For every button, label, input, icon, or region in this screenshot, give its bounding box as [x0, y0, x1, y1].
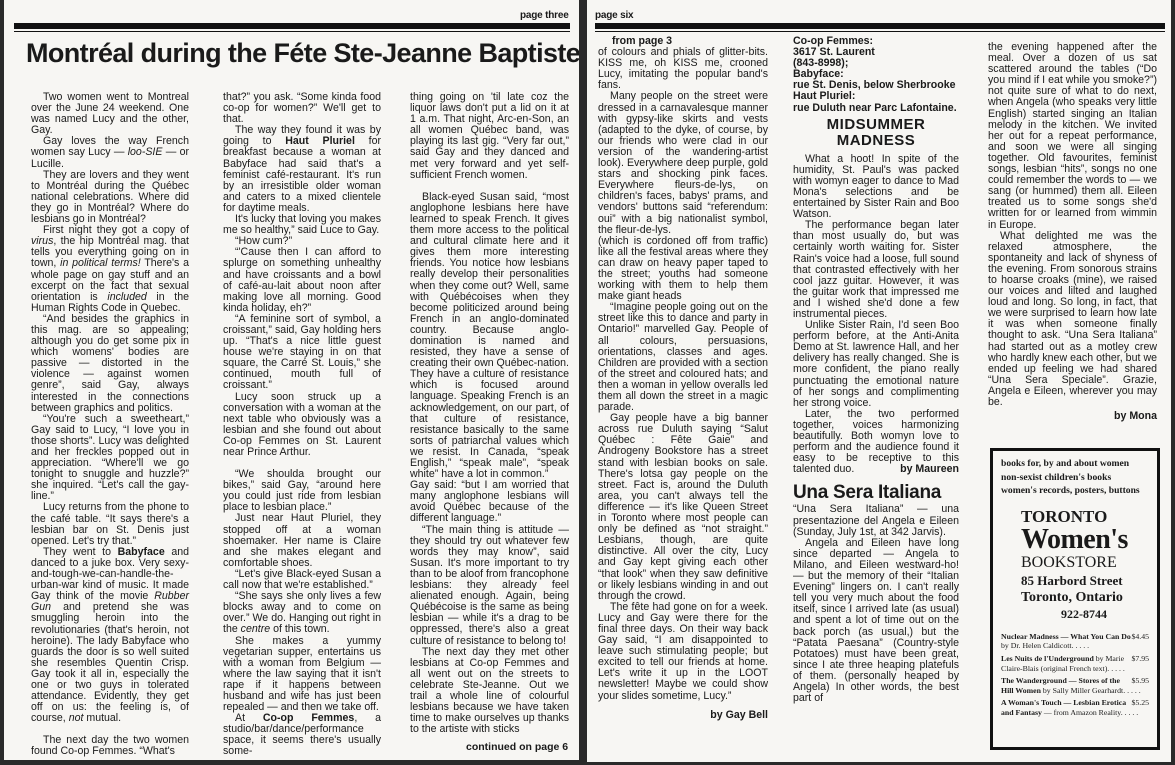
ad-tagline: women's records, posters, buttons	[1001, 484, 1149, 498]
article-paragraph: thing going on 'til late coz the liquor …	[410, 92, 569, 181]
article-paragraph: The next day the two women found Co-op F…	[31, 735, 189, 757]
article-paragraph: that?” you ask. “Some kinda food co-op f…	[223, 92, 381, 125]
article-paragraph: The fête had gone on for a week. Lucy an…	[598, 602, 768, 702]
book-listing: $7.95Les Nuits de l'Underground by Marie…	[1001, 654, 1149, 673]
book-price: $5.25	[1131, 698, 1149, 708]
store-city: Toronto, Ontario	[1021, 589, 1149, 606]
book-price: $7.95	[1131, 654, 1149, 664]
middle-column: Co-op Femmes:3617 St. Laurent(843-8998);…	[793, 36, 959, 704]
article-paragraph: They are lovers and they went to Montréa…	[31, 170, 189, 225]
book-listing: $5.25A Woman's Touch — Lesbian Erotica a…	[1001, 698, 1149, 717]
review-paragraph: The performance began later than most us…	[793, 220, 959, 320]
book-listing: $5.95The Wanderground — Stores of the Hi…	[1001, 676, 1149, 695]
article-paragraph: She makes a yummy vegetarian supper, ent…	[223, 636, 381, 714]
article-paragraph: “The main thing is attitude — they shoul…	[410, 525, 569, 647]
right-column: the evening happened after the meal. Ove…	[988, 42, 1157, 422]
folio-page-six: page six	[595, 10, 633, 21]
ad-tagline: non-sexist children's books	[1001, 471, 1149, 485]
address-line: Haut Pluriel:	[793, 91, 959, 102]
article-column-1: Two women went to Montreal over the June…	[31, 92, 189, 758]
article-paragraph: At Co-op Femmes, a studio/bar/dance/perf…	[223, 713, 381, 757]
address-list: Co-op Femmes:3617 St. Laurent(843-8998);…	[793, 36, 959, 114]
article-paragraph: “'Cause then I can afford to splurge on …	[223, 247, 381, 314]
article-paragraph: of colours and phials of glitter-bits. K…	[598, 47, 768, 91]
article-paragraph: Many people on the street were dressed i…	[598, 91, 768, 235]
article-paragraph: “Let's give Black-eyed Susan a call now …	[223, 569, 381, 591]
article-paragraph: Just near Haut Pluriel, they stopped off…	[223, 513, 381, 568]
book-price: $4.45	[1131, 632, 1149, 642]
article-paragraph: Gay said: “but I am worried that many an…	[410, 480, 569, 524]
article-paragraph: The way they found it was by going to Ha…	[223, 125, 381, 214]
article-paragraph: Gay loves the way French women say Lucy …	[31, 136, 189, 169]
article-paragraph: Lucy returns from the phone to the café …	[31, 502, 189, 546]
article-paragraph: “A feminine sort of symbol, a croissant,…	[223, 314, 381, 392]
article-paragraph: “Imagine people going out on the street …	[598, 302, 768, 413]
article-paragraph: Two women went to Montreal over the June…	[31, 92, 189, 136]
review-paragraph: Angela and Eileen have long since depart…	[793, 538, 959, 704]
una-sera-title: Una Sera Italiana	[793, 483, 959, 503]
store-name: TORONTO Women's BOOKSTORE 85 Harbord Str…	[1021, 508, 1149, 622]
article-paragraph: Black-eyed Susan said, “most anglophone …	[410, 192, 569, 480]
review-paragraph: the evening happened after the meal. Ove…	[988, 42, 1157, 231]
article-paragraph: First night they got a copy of virus, th…	[31, 225, 189, 314]
address-line: rue Duluth near Parc Lafontaine.	[793, 103, 959, 114]
continued-on-page-6: continued on page 6	[466, 741, 568, 753]
article-column-3: thing going on 'til late coz the liquor …	[410, 92, 569, 735]
header-rule-thin	[14, 31, 570, 32]
book-list: $4.45Nuclear Madness — What You Can Do b…	[1001, 632, 1149, 718]
page-six: page six from page 3 of colours and phia…	[587, 0, 1171, 762]
ad-tagline: books for, by and about women	[1001, 457, 1149, 471]
review-paragraph: What delighted me was the relaxed atmosp…	[988, 231, 1157, 409]
store-phone: 922-8744	[1061, 606, 1149, 622]
page-three: page three Montréal during the Féte Ste-…	[4, 0, 579, 760]
article-paragraph: The next day they met other lesbians at …	[410, 647, 569, 736]
article-paragraph: “You're such a sweetheart,” Gay said to …	[31, 414, 189, 503]
header-rule-thick	[14, 23, 570, 29]
article-headline: Montréal during the Féte Ste-Jeanne Bapt…	[26, 38, 566, 69]
article-paragraph: Lucy soon struck up a conversation with …	[223, 392, 381, 459]
header-rule-thick	[595, 23, 1165, 29]
article-paragraph: Gay people have a big banner across rue …	[598, 413, 768, 602]
article-paragraph: They went to Babyface and danced to a ju…	[31, 547, 189, 725]
review-paragraph: Unlike Sister Rain, I'd seen Boo perform…	[793, 320, 959, 409]
article-paragraph: “She says she only lives a few blocks aw…	[223, 591, 381, 635]
bookstore-advertisement: books for, by and about womennon-sexist …	[990, 448, 1160, 750]
byline-mona: by Mona	[988, 411, 1157, 422]
article-paragraph: It's lucky that loving you makes me so h…	[223, 214, 381, 236]
folio-page-three: page three	[520, 10, 569, 21]
store-address: 85 Harbord Street	[1021, 572, 1149, 589]
article-paragraph: “We shoulda brought our bikes,” said Gay…	[223, 469, 381, 513]
header-rule-thin	[595, 31, 1165, 32]
continued-column: from page 3 of colours and phials of gli…	[598, 36, 768, 721]
article-paragraph: “And besides the graphics in this mag. a…	[31, 314, 189, 414]
byline-gay-bell: by Gay Bell	[598, 710, 768, 721]
review-paragraph: “Una Sera Italiana” — una presentazione …	[793, 504, 959, 537]
book-price: $5.95	[1131, 676, 1149, 686]
book-listing: $4.45Nuclear Madness — What You Can Do b…	[1001, 632, 1149, 651]
article-paragraph: (which is cordoned off from traffic) lik…	[598, 236, 768, 303]
article-column-2: that?” you ask. “Some kinda food co-op f…	[223, 92, 381, 758]
review-paragraph: What a hoot! In spite of the humidity, S…	[793, 154, 959, 221]
midsummer-madness-title: MIDSUMMER MADNESS	[793, 117, 959, 149]
